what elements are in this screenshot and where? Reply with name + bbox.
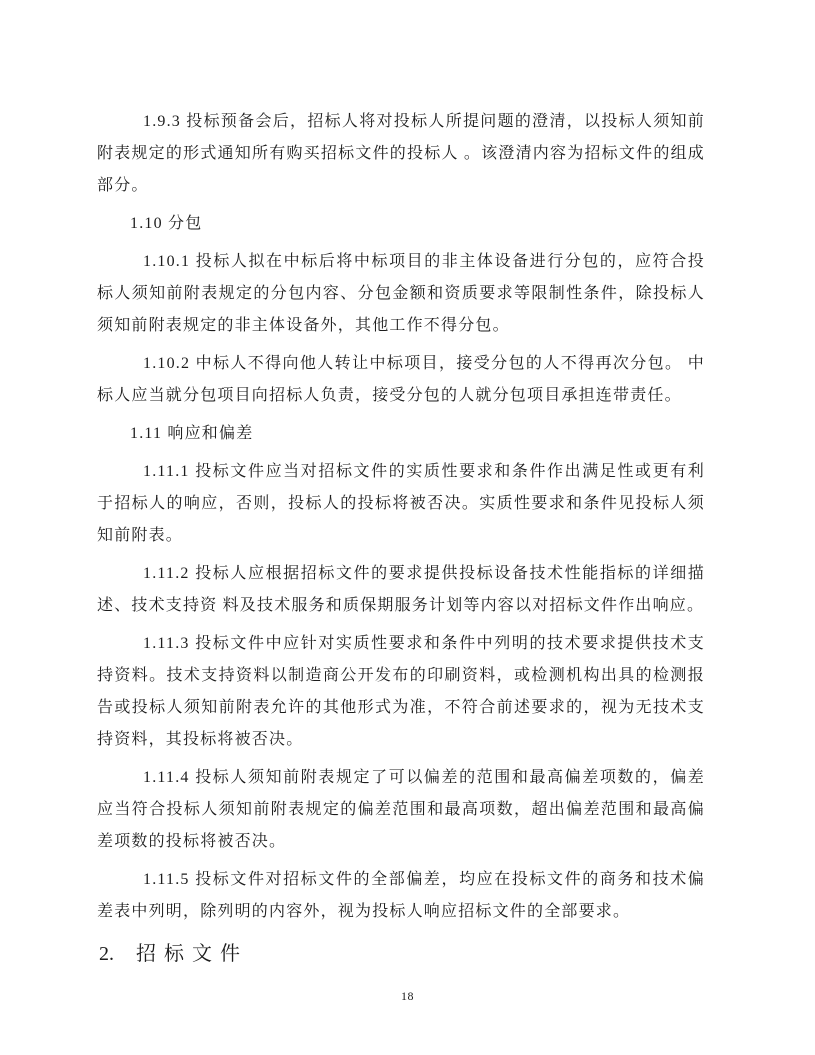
clause-1-11-2: 1.11.2 投标人应根据招标文件的要求提供投标设备技术性能指标的详细描述、技术… <box>97 558 705 622</box>
document-body: 1.9.3 投标预备会后，招标人将对投标人所提问题的澄清，以投标人须知前附表规定… <box>97 106 705 974</box>
clause-1-11-1: 1.11.1 投标文件应当对招标文件的实质性要求和条件作出满足性或更有利于招标人… <box>97 456 705 552</box>
section-heading-2: 2.招标文件 <box>99 934 705 974</box>
subheading-1-10: 1.10 分包 <box>97 208 705 240</box>
clause-1-10-1: 1.10.1 投标人拟在中标后将中标项目的非主体设备进行分包的，应符合投标人须知… <box>97 246 705 342</box>
page-number: 18 <box>0 989 815 1004</box>
clause-1-10-2: 1.10.2 中标人不得向他人转让中标项目，接受分包的人不得再次分包。 中标人应… <box>97 348 705 412</box>
clause-1-11-3: 1.11.3 投标文件中应针对实质性要求和条件中列明的技术要求提供技术支持资料。… <box>97 628 705 756</box>
subheading-1-11: 1.11 响应和偏差 <box>97 418 705 450</box>
section-heading-number: 2. <box>99 934 114 974</box>
clause-1-9-3: 1.9.3 投标预备会后，招标人将对投标人所提问题的澄清，以投标人须知前附表规定… <box>97 106 705 202</box>
clause-1-11-4: 1.11.4 投标人须知前附表规定了可以偏差的范围和最高偏差项数的，偏差应当符合… <box>97 762 705 858</box>
clause-1-11-5: 1.11.5 投标文件对招标文件的全部偏差，均应在投标文件的商务和技术偏差表中列… <box>97 864 705 928</box>
section-heading-title: 招标文件 <box>136 943 248 965</box>
document-page: 1.9.3 投标预备会后，招标人将对投标人所提问题的澄清，以投标人须知前附表规定… <box>0 0 815 1055</box>
